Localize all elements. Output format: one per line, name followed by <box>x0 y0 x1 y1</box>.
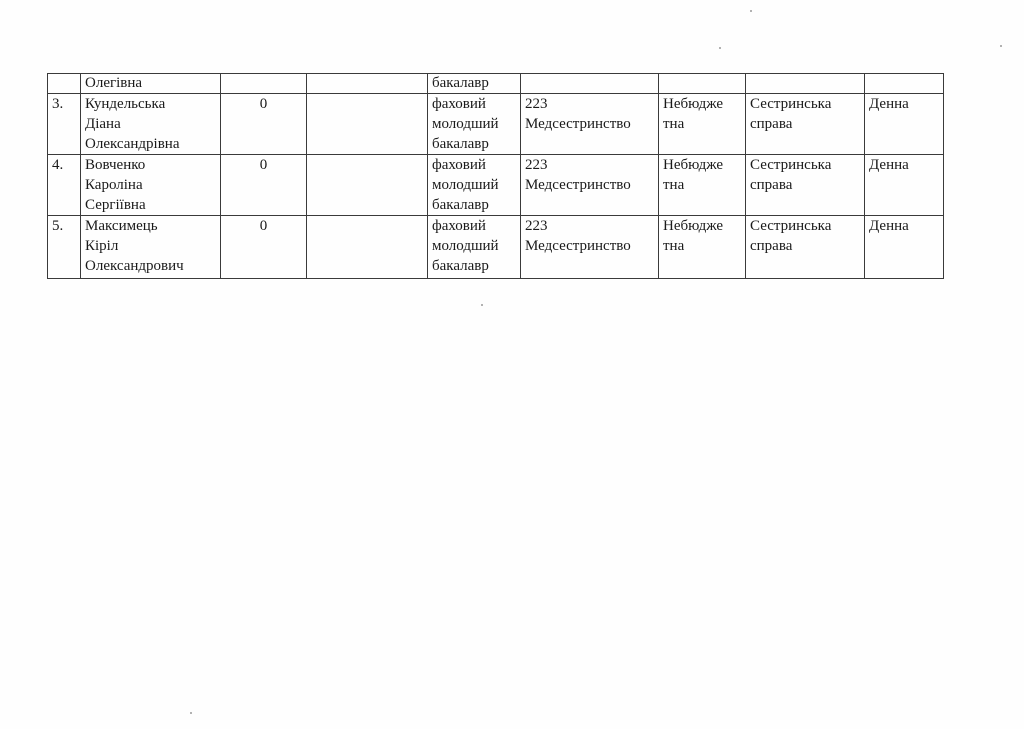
cell-name: Вовченко Кароліна Сергіївна <box>81 155 221 216</box>
cell-form <box>865 74 944 94</box>
cell-level: бакалавр <box>428 74 521 94</box>
scan-speck <box>1000 45 1002 47</box>
cell-form: Денна <box>865 94 944 155</box>
cell-score: 0 <box>221 155 307 216</box>
cell-specialty <box>521 74 659 94</box>
cell-program <box>746 74 865 94</box>
cell-program: Сестринська справа <box>746 155 865 216</box>
cell-specialty: 223 Медсестринство <box>521 94 659 155</box>
cell-extra <box>307 74 428 94</box>
table-row: 3. Кундельська Діана Олександрівна 0 фах… <box>48 94 944 155</box>
cell-specialty: 223 Медсестринство <box>521 216 659 279</box>
cell-level: фаховий молодший бакалавр <box>428 155 521 216</box>
table-row-continuation: Олегівна бакалавр <box>48 74 944 94</box>
cell-specialty: 223 Медсестринство <box>521 155 659 216</box>
cell-name: Кундельська Діана Олександрівна <box>81 94 221 155</box>
cell-score: 0 <box>221 94 307 155</box>
cell-funding: Небюдже тна <box>659 94 746 155</box>
cell-name: Олегівна <box>81 74 221 94</box>
table-row: 5. Максимець Кіріл Олександрович 0 фахов… <box>48 216 944 279</box>
cell-extra <box>307 94 428 155</box>
cell-form: Денна <box>865 155 944 216</box>
scanned-page: Олегівна бакалавр 3. Кундельська Діана О… <box>0 0 1024 729</box>
scan-speck <box>190 712 192 714</box>
cell-num <box>48 74 81 94</box>
cell-level: фаховий молодший бакалавр <box>428 216 521 279</box>
cell-score <box>221 74 307 94</box>
cell-level: фаховий молодший бакалавр <box>428 94 521 155</box>
cell-extra <box>307 216 428 279</box>
cell-funding <box>659 74 746 94</box>
scan-speck <box>719 47 721 49</box>
cell-program: Сестринська справа <box>746 216 865 279</box>
cell-num: 5. <box>48 216 81 279</box>
scan-speck <box>481 304 483 306</box>
cell-num: 4. <box>48 155 81 216</box>
cell-name: Максимець Кіріл Олександрович <box>81 216 221 279</box>
students-table: Олегівна бакалавр 3. Кундельська Діана О… <box>47 73 944 279</box>
table-row: 4. Вовченко Кароліна Сергіївна 0 фаховий… <box>48 155 944 216</box>
cell-score: 0 <box>221 216 307 279</box>
scan-speck <box>750 10 752 12</box>
cell-program: Сестринська справа <box>746 94 865 155</box>
cell-funding: Небюдже тна <box>659 155 746 216</box>
cell-form: Денна <box>865 216 944 279</box>
cell-extra <box>307 155 428 216</box>
cell-funding: Небюдже тна <box>659 216 746 279</box>
cell-num: 3. <box>48 94 81 155</box>
